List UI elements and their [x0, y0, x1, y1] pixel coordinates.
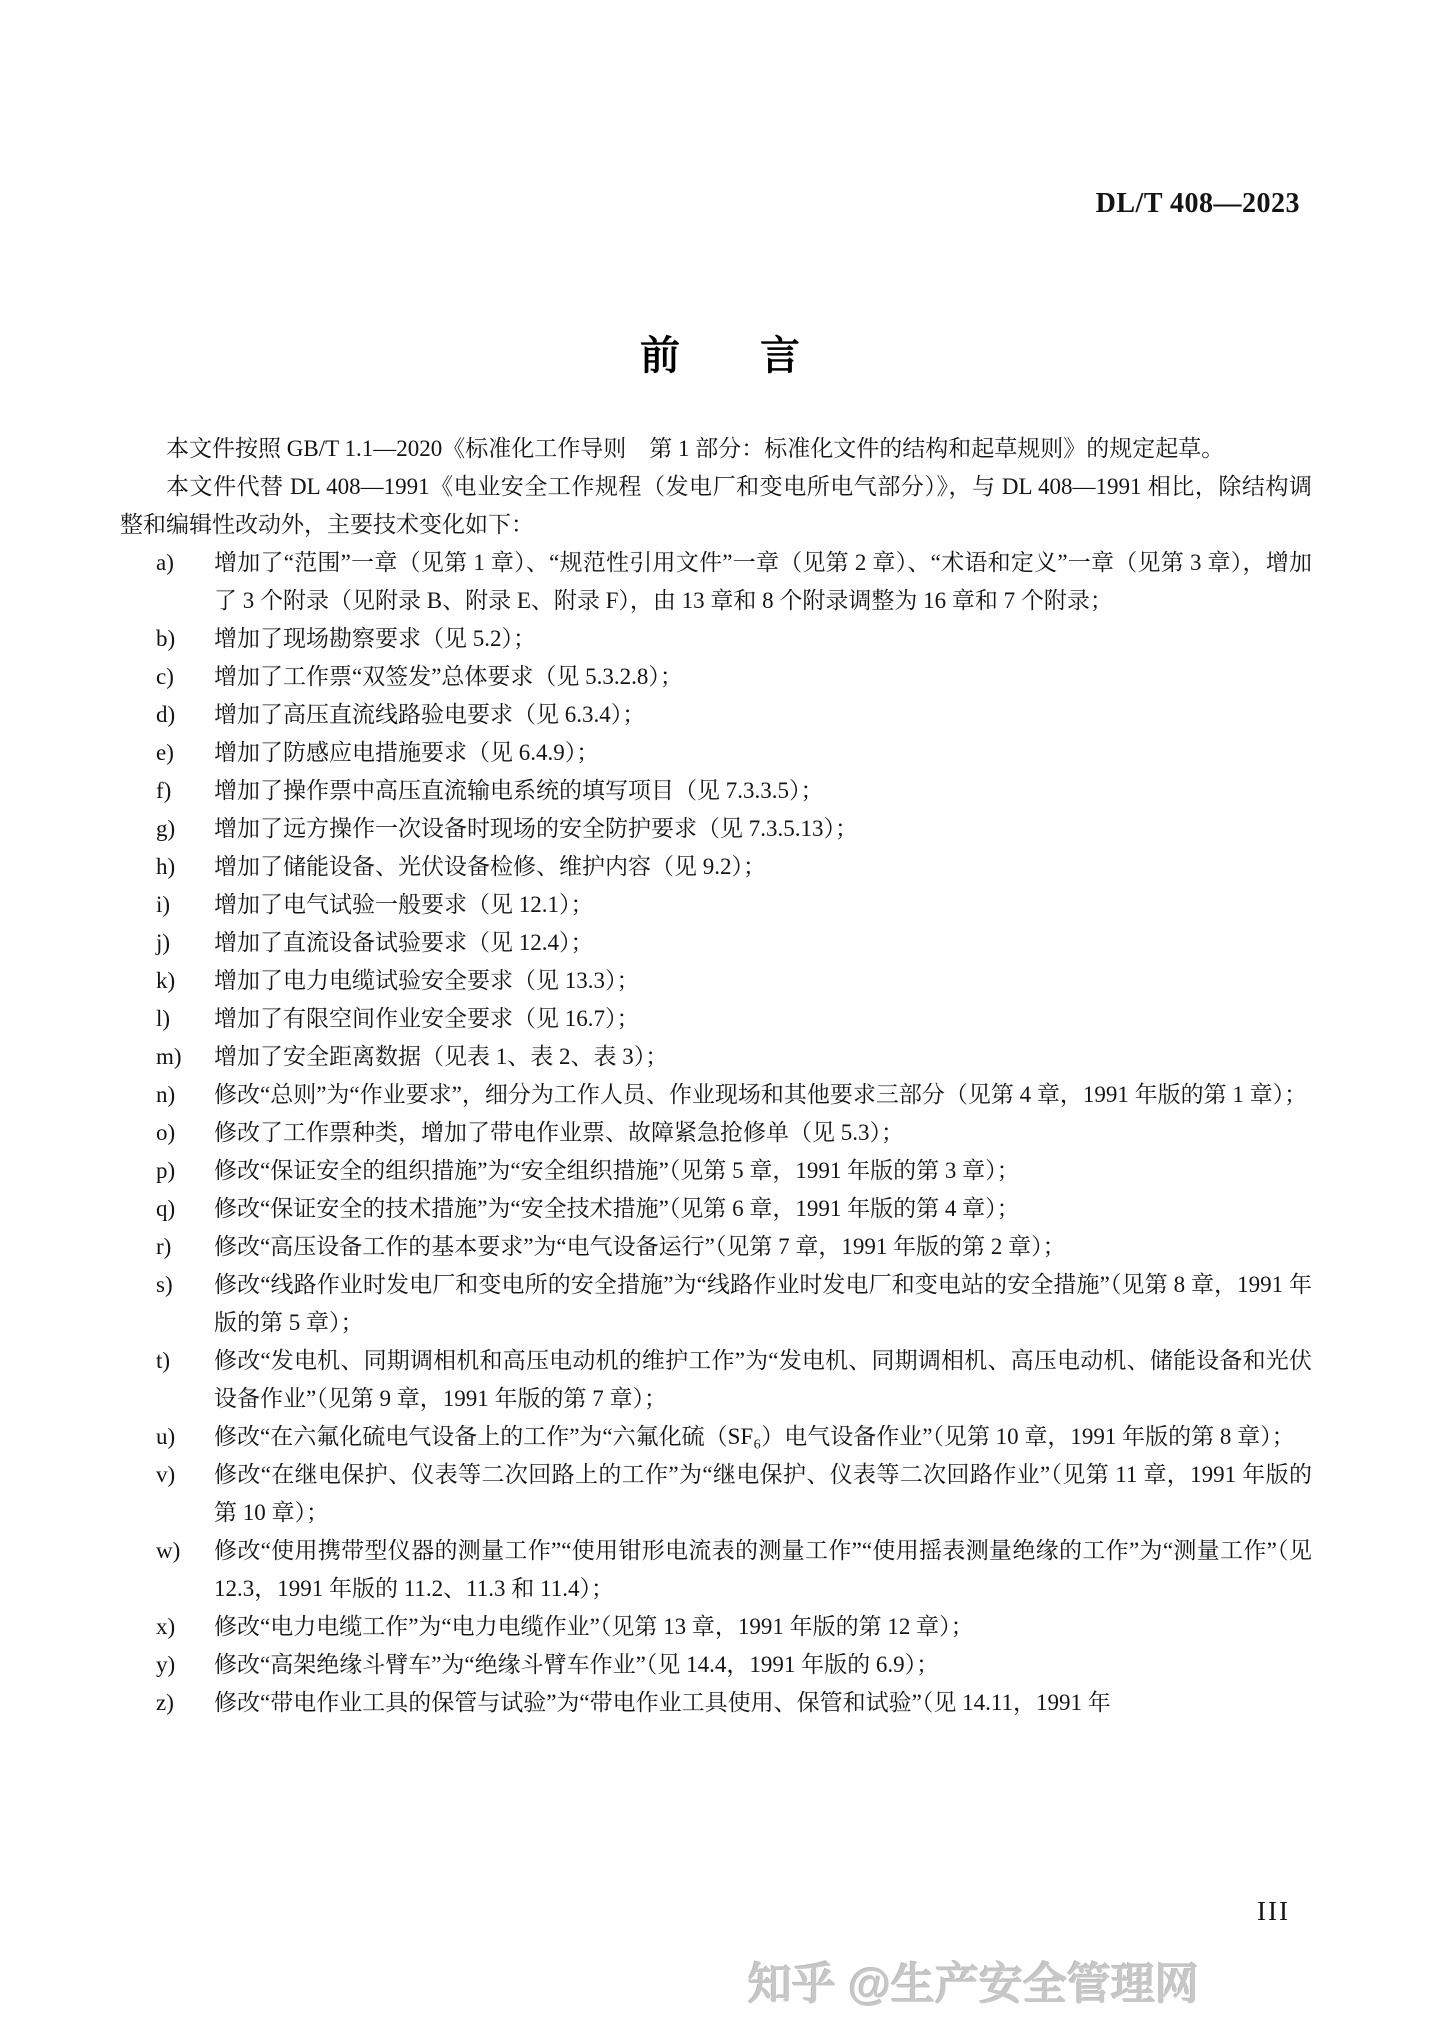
change-list-item: w) 修改“使用携带型仪器的测量工作”“使用钳形电流表的测量工作”“使用摇表测量…: [120, 1532, 1312, 1608]
change-item-text: 增加了安全距离数据（见表 1、表 2、表 3）；: [214, 1044, 668, 1069]
change-item-text: 增加了现场勘察要求（见 5.2）；: [214, 626, 536, 651]
change-item-text: 增加了远方操作一次设备时现场的安全防护要求（见 7.3.5.13）；: [214, 816, 858, 841]
change-list-item: e) 增加了防感应电措施要求（见 6.4.9）；: [120, 734, 1312, 772]
change-list-item: l) 增加了有限空间作业安全要求（见 16.7）；: [120, 1000, 1312, 1038]
change-item-label: r): [156, 1228, 171, 1266]
page-number: III: [1257, 1896, 1290, 1927]
doc-number: DL/T 408—2023: [1096, 188, 1300, 220]
change-item-text: 修改“在六氟化硫电气设备上的工作”为“六氟化硫（SF₆）电气设备作业”（见第 1…: [214, 1424, 1295, 1449]
change-list-item: f) 增加了操作票中高压直流输电系统的填写项目（见 7.3.3.5）；: [120, 772, 1312, 810]
change-item-label: a): [156, 544, 174, 582]
change-item-text: 修改“高架绝缘斗臂车”为“绝缘斗臂车作业”（见 14.4，1991 年版的 6.…: [214, 1652, 939, 1677]
change-item-label: y): [156, 1646, 175, 1684]
change-list-item: y) 修改“高架绝缘斗臂车”为“绝缘斗臂车作业”（见 14.4，1991 年版的…: [120, 1646, 1312, 1684]
change-list-item: h) 增加了储能设备、光伏设备检修、维护内容（见 9.2）；: [120, 848, 1312, 886]
change-item-label: i): [156, 886, 170, 924]
change-item-text: 修改“高压设备工作的基本要求”为“电气设备运行”（见第 7 章，1991 年版的…: [214, 1234, 1066, 1259]
change-item-text: 增加了工作票“双签发”总体要求（见 5.3.2.8）；: [214, 664, 683, 689]
change-item-text: 修改“线路作业时发电厂和变电所的安全措施”为“线路作业时发电厂和变电站的安全措施…: [214, 1272, 1312, 1335]
change-item-text: 增加了高压直流线路验电要求（见 6.3.4）；: [214, 702, 645, 727]
change-list-item: z) 修改“带电作业工具的保管与试验”为“带电作业工具使用、保管和试验”（见 1…: [120, 1684, 1312, 1722]
change-item-label: d): [156, 696, 175, 734]
change-item-label: q): [156, 1190, 175, 1228]
change-item-text: 增加了直流设备试验要求（见 12.4）；: [214, 930, 594, 955]
foreword-body: 本文件按照 GB/T 1.1—2020《标准化工作导则 第 1 部分：标准化文件…: [120, 430, 1312, 1722]
change-item-label: m): [156, 1038, 182, 1076]
change-item-text: 增加了“范围”一章（见第 1 章）、“规范性引用文件”一章（见第 2 章）、“术…: [214, 550, 1312, 613]
change-list-item: u) 修改“在六氟化硫电气设备上的工作”为“六氟化硫（SF₆）电气设备作业”（见…: [120, 1418, 1312, 1456]
change-list-item: a) 增加了“范围”一章（见第 1 章）、“规范性引用文件”一章（见第 2 章）…: [120, 544, 1312, 620]
change-list-item: d) 增加了高压直流线路验电要求（见 6.3.4）；: [120, 696, 1312, 734]
change-item-text: 增加了防感应电措施要求（见 6.4.9）；: [214, 740, 599, 765]
change-list-item: p) 修改“保证安全的组织措施”为“安全组织措施”（见第 5 章，1991 年版…: [120, 1152, 1312, 1190]
change-item-label: p): [156, 1152, 175, 1190]
change-item-text: 修改“发电机、同期调相机和高压电动机的维护工作”为“发电机、同期调相机、高压电动…: [214, 1348, 1312, 1411]
change-item-label: w): [156, 1532, 180, 1570]
change-item-text: 修改“电力电缆工作”为“电力电缆作业”（见第 13 章，1991 年版的第 12…: [214, 1614, 974, 1639]
change-item-label: c): [156, 658, 174, 696]
change-list-item: q) 修改“保证安全的技术措施”为“安全技术措施”（见第 6 章，1991 年版…: [120, 1190, 1312, 1228]
document-page: DL/T 408—2023 前 言 本文件按照 GB/T 1.1—2020《标准…: [0, 0, 1440, 2037]
change-list-item: r) 修改“高压设备工作的基本要求”为“电气设备运行”（见第 7 章，1991 …: [120, 1228, 1312, 1266]
change-item-label: t): [156, 1342, 170, 1380]
change-item-label: s): [156, 1266, 173, 1304]
change-item-text: 修改“保证安全的技术措施”为“安全技术措施”（见第 6 章，1991 年版的第 …: [214, 1196, 1020, 1221]
change-item-text: 增加了电力电缆试验安全要求（见 13.3）；: [214, 968, 640, 993]
change-item-label: b): [156, 620, 175, 658]
change-list-item: s) 修改“线路作业时发电厂和变电所的安全措施”为“线路作业时发电厂和变电站的安…: [120, 1266, 1312, 1342]
change-item-text: 增加了操作票中高压直流输电系统的填写项目（见 7.3.3.5）；: [214, 778, 824, 803]
change-item-text: 增加了电气试验一般要求（见 12.1）；: [214, 892, 594, 917]
change-item-text: 修改“总则”为“作业要求”，细分为工作人员、作业现场和其他要求三部分（见第 4 …: [214, 1082, 1307, 1107]
change-item-label: k): [156, 962, 175, 1000]
change-list-item: x) 修改“电力电缆工作”为“电力电缆作业”（见第 13 章，1991 年版的第…: [120, 1608, 1312, 1646]
change-item-label: z): [156, 1684, 174, 1722]
change-list-item: o) 修改了工作票种类，增加了带电作业票、故障紧急抢修单（见 5.3）；: [120, 1114, 1312, 1152]
change-list-item: v) 修改“在继电保护、仪表等二次回路上的工作”为“继电保护、仪表等二次回路作业…: [120, 1456, 1312, 1532]
change-list-item: i) 增加了电气试验一般要求（见 12.1）；: [120, 886, 1312, 924]
intro-paragraph-2: 本文件代替 DL 408—1991《电业安全工作规程（发电厂和变电所电气部分）》…: [120, 468, 1312, 544]
change-item-text: 修改“使用携带型仪器的测量工作”“使用钳形电流表的测量工作”“使用摇表测量绝缘的…: [214, 1538, 1312, 1601]
change-item-label: g): [156, 810, 175, 848]
change-item-text: 增加了储能设备、光伏设备检修、维护内容（见 9.2）；: [214, 854, 766, 879]
change-list-item: k) 增加了电力电缆试验安全要求（见 13.3）；: [120, 962, 1312, 1000]
change-list: a) 增加了“范围”一章（见第 1 章）、“规范性引用文件”一章（见第 2 章）…: [120, 544, 1312, 1722]
watermark: 知乎 @生产安全管理网: [748, 1948, 1199, 2012]
change-item-text: 修改“保证安全的组织措施”为“安全组织措施”（见第 5 章，1991 年版的第 …: [214, 1158, 1020, 1183]
change-list-item: t) 修改“发电机、同期调相机和高压电动机的维护工作”为“发电机、同期调相机、高…: [120, 1342, 1312, 1418]
change-list-item: m) 增加了安全距离数据（见表 1、表 2、表 3）；: [120, 1038, 1312, 1076]
change-item-label: o): [156, 1114, 175, 1152]
change-item-text: 增加了有限空间作业安全要求（见 16.7）；: [214, 1006, 640, 1031]
change-item-label: e): [156, 734, 174, 772]
change-item-label: h): [156, 848, 175, 886]
change-list-item: j) 增加了直流设备试验要求（见 12.4）；: [120, 924, 1312, 962]
change-list-item: b) 增加了现场勘察要求（见 5.2）；: [120, 620, 1312, 658]
intro-paragraph-1: 本文件按照 GB/T 1.1—2020《标准化工作导则 第 1 部分：标准化文件…: [120, 430, 1312, 468]
change-list-item: n) 修改“总则”为“作业要求”，细分为工作人员、作业现场和其他要求三部分（见第…: [120, 1076, 1312, 1114]
change-item-label: j): [156, 924, 170, 962]
change-item-label: x): [156, 1608, 175, 1646]
change-item-label: n): [156, 1076, 175, 1114]
change-item-text: 修改了工作票种类，增加了带电作业票、故障紧急抢修单（见 5.3）；: [214, 1120, 904, 1145]
change-list-item: g) 增加了远方操作一次设备时现场的安全防护要求（见 7.3.5.13）；: [120, 810, 1312, 848]
change-item-text: 修改“在继电保护、仪表等二次回路上的工作”为“继电保护、仪表等二次回路作业”（见…: [214, 1462, 1312, 1525]
change-item-text: 修改“带电作业工具的保管与试验”为“带电作业工具使用、保管和试验”（见 14.1…: [214, 1690, 1111, 1715]
change-item-label: u): [156, 1418, 175, 1456]
change-list-item: c) 增加了工作票“双签发”总体要求（见 5.3.2.8）；: [120, 658, 1312, 696]
change-item-label: f): [156, 772, 171, 810]
change-item-label: v): [156, 1456, 175, 1494]
page-title: 前 言: [0, 324, 1440, 381]
change-item-label: l): [156, 1000, 170, 1038]
